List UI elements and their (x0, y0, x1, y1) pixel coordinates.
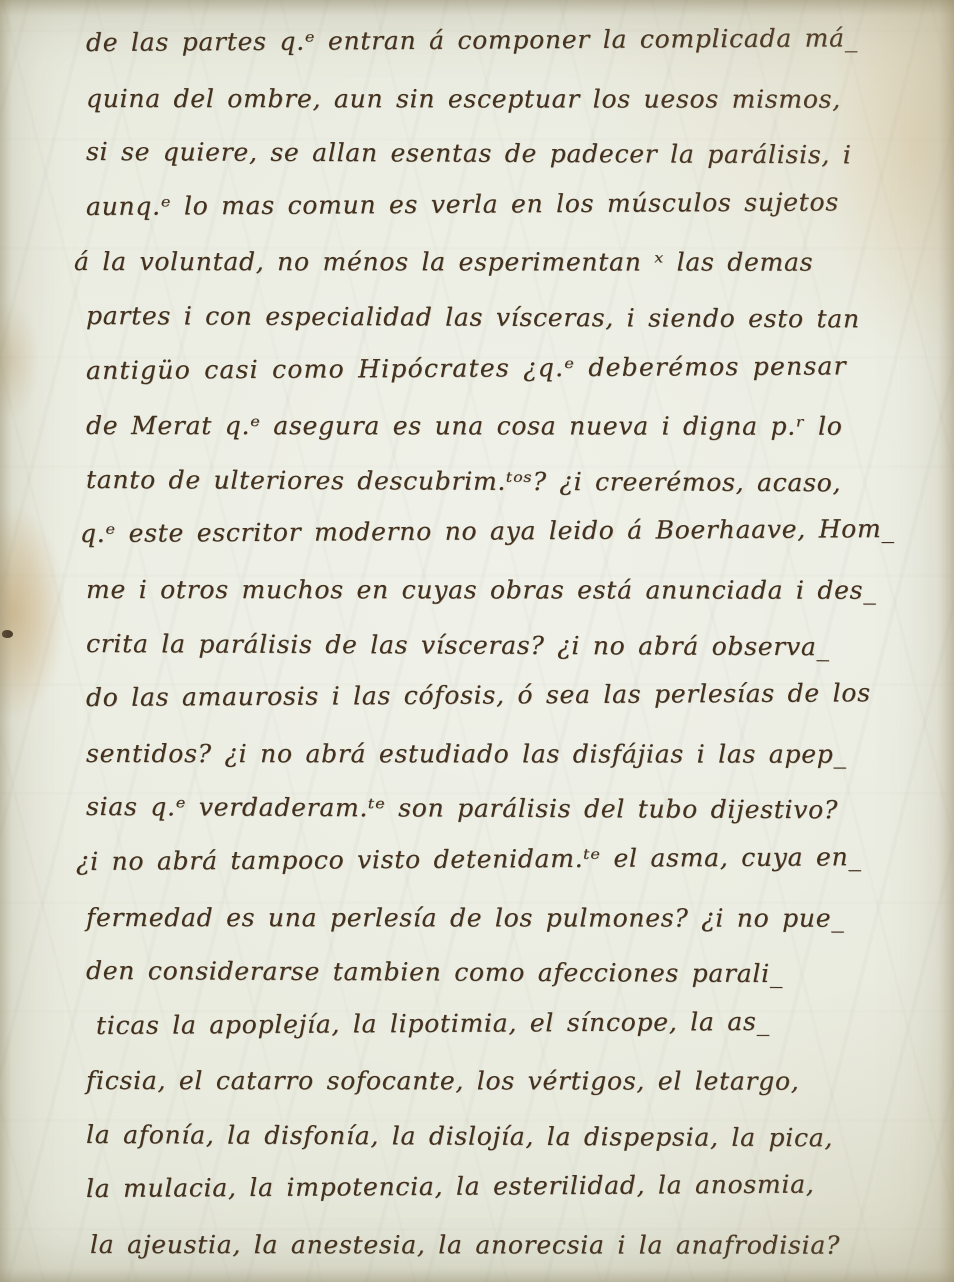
manuscript-line-13: do las amaurosis i las cófosis, ó sea la… (86, 666, 928, 726)
manuscript-line-17: fermedad es una perlesía de los pulmones… (86, 891, 928, 946)
manuscript-line-14: sentidos? ¿i no abrá estudiado las disfá… (86, 727, 928, 782)
manuscript-text: de las partes q.ᵉ entran á componer la c… (86, 16, 928, 1272)
manuscript-page: de las partes q.ᵉ entran á componer la c… (0, 0, 954, 1282)
manuscript-line-2: quina del ombre, aun sin esceptuar los u… (86, 72, 928, 127)
manuscript-line-10: q.ᵉ este escritor moderno no aya leido á… (80, 502, 928, 562)
manuscript-line-16: ¿i no abrá tampoco visto detenidam.ᵗᵉ el… (76, 830, 928, 890)
manuscript-line-23: la ajeustia, la anestesia, la anorecsia … (90, 1218, 928, 1273)
manuscript-line-4: aunq.ᵉ lo mas comun es verla en los músc… (86, 175, 928, 235)
manuscript-line-11: me i otros muchos en cuyas obras está an… (86, 563, 928, 618)
manuscript-line-8: de Merat q.ᵉ asegura es una cosa nueva i… (86, 399, 928, 454)
paper-stain-left-small (0, 300, 40, 420)
manuscript-line-19: ticas la apoplejía, la lipotimia, el sín… (96, 994, 928, 1054)
manuscript-line-22: la mulacia, la impotencia, la esterilida… (86, 1157, 928, 1217)
ink-blot (2, 630, 13, 638)
manuscript-line-1: de las partes q.ᵉ entran á componer la c… (86, 11, 928, 71)
manuscript-line-6: partes i con especialidad las vísceras, … (86, 289, 928, 347)
manuscript-line-20: ficsia, el catarro sofocante, los vértig… (86, 1054, 928, 1109)
manuscript-line-7: antigüo casi como Hipócrates ¿q.ᵉ deberé… (86, 338, 928, 398)
paper-stain-left (0, 505, 66, 720)
manuscript-line-18: den considerarse tambien como afecciones… (86, 944, 928, 1002)
manuscript-line-5: á la voluntad, no ménos la esperimentan … (74, 235, 928, 290)
